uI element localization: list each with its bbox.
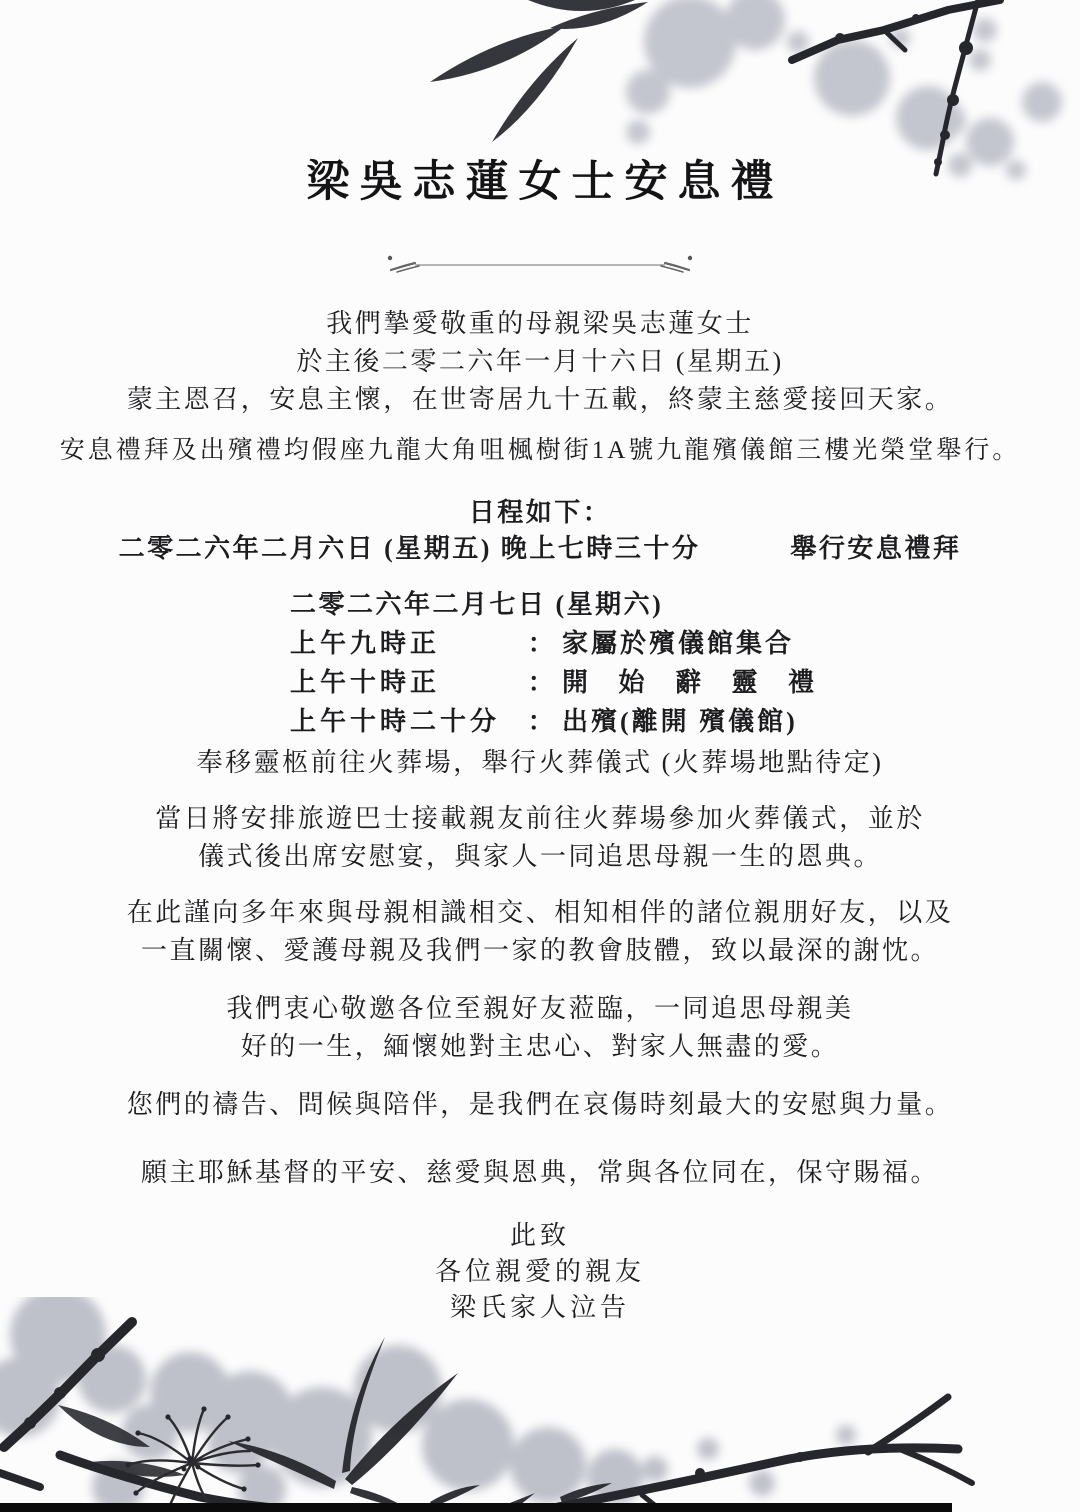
body-paragraph: 我們衷心敬邀各位至親好友蒞臨，一同追思母親美 好的一生，緬懷她對主忠心、對家人無… (0, 990, 1080, 1066)
page-title: 梁吳志蓮女士安息禮 (0, 148, 1080, 209)
schedule-colon: ： (522, 663, 562, 702)
dark-leaf-mass (58, 1405, 185, 1477)
paragraph-line: 奉移靈柩前往火葬場，舉行火葬儀式 (火葬場地點待定) (0, 744, 1080, 782)
schedule-colon: ： (522, 624, 562, 663)
body-paragraph: 願主耶穌基督的平安、慈愛與恩典，常與各位同在，保守賜福。 (0, 1154, 1080, 1192)
day1-date: 二零二六年二月六日 (星期五) 晚上七時三十分 (119, 534, 701, 563)
bottom-ink-painting (0, 1297, 980, 1512)
schedule-desc: 出殯(離開 殯儀館) (562, 707, 798, 736)
body-paragraph: 在此謹向多年來與母親相識相交、相知相伴的諸位親朋好友，以及 一直關懷、愛護母親及… (0, 894, 1080, 970)
schedule-row: 上午十時二十分：出殯(離開 殯儀館) (290, 702, 817, 741)
stamen-tips (125, 1406, 260, 1495)
bamboo-leaves (228, 1337, 612, 1509)
paragraph-line: 您們的禱告、問候與陪伴，是我們在哀傷時刻最大的安慰與力量。 (0, 1086, 1080, 1124)
intro-line: 蒙主恩召，安息主懷，在世寄居九十五載，終蒙主慈愛接回天家。 (0, 381, 1080, 419)
schedule-colon: ： (522, 702, 562, 741)
paragraph-line: 當日將安排旅遊巴士接載親友前往火葬場參加火葬儀式，並於 (0, 800, 1080, 838)
schedule-day2: 二零二六年二月七日 (星期六) 上午九時正：家屬於殯儀館集合 上午十時正：開 始… (290, 585, 817, 741)
paragraph-line: 好的一生，緬懷她對主忠心、對家人無盡的愛。 (0, 1028, 1080, 1066)
intro-paragraph: 我們摯愛敬重的母親梁吳志蓮女士 於主後二零二六年一月十六日 (星期五) 蒙主恩召… (0, 305, 1080, 419)
branch-knots (835, 14, 973, 166)
body-paragraph: 您們的禱告、問候與陪伴，是我們在哀傷時刻最大的安慰與力量。 (0, 1086, 1080, 1124)
intro-line: 我們摯愛敬重的母親梁吳志蓮女士 (0, 305, 1080, 343)
closing-line: 各位親愛的親友 (0, 1254, 1080, 1290)
chrysanthemum-stamens (128, 1409, 258, 1505)
day1-event: 舉行安息禮拜 (790, 534, 961, 563)
schedule-day1: 二零二六年二月六日 (星期五) 晚上七時三十分舉行安息禮拜 (0, 530, 1080, 568)
ornamental-divider (385, 254, 695, 274)
schedule-row: 上午九時正：家屬於殯儀館集合 (290, 624, 817, 663)
schedule-desc: 家屬於殯儀館集合 (562, 629, 794, 658)
schedule-time: 上午十時二十分 (290, 702, 522, 741)
plum-branch (0, 1322, 972, 1512)
scan-edge-strip (0, 1503, 952, 1512)
schedule-heading: 日程如下： (0, 494, 1080, 532)
closing-line: 梁氏家人泣告 (0, 1290, 1080, 1326)
bamboo-leaves (430, 0, 648, 142)
day2-date: 二零二六年二月七日 (星期六) (290, 585, 817, 624)
closing-line: 此致 (0, 1218, 1080, 1254)
paragraph-line: 在此謹向多年來與母親相識相交、相知相伴的諸位親朋好友，以及 (0, 894, 1080, 932)
schedule-time: 上午九時正 (290, 624, 522, 663)
paragraph-line: 儀式後出席安慰宴，與家人一同追思母親一生的恩典。 (0, 838, 1080, 876)
venue-line: 安息禮拜及出殯禮均假座九龍大角咀楓樹街1A號九龍殯儀館三樓光榮堂舉行。 (0, 432, 1080, 470)
paragraph-line: 一直關懷、愛護母親及我們一家的教會肢體，致以最深的謝忱。 (0, 932, 1080, 970)
schedule-time: 上午十時正 (290, 663, 522, 702)
paragraph-line: 願主耶穌基督的平安、慈愛與恩典，常與各位同在，保守賜福。 (0, 1154, 1080, 1192)
schedule-row: 上午十時正：開 始 辭 靈 禮 (290, 663, 817, 702)
body-paragraph: 當日將安排旅遊巴士接載親友前往火葬場參加火葬儀式，並於 儀式後出席安慰宴，與家人… (0, 800, 1080, 876)
closing-block: 此致 各位親愛的親友 梁氏家人泣告 (0, 1218, 1080, 1326)
plum-blossom-wash (0, 1297, 856, 1512)
schedule-desc: 開 始 辭 靈 禮 (562, 668, 817, 697)
paragraph-line: 我們衷心敬邀各位至親好友蒞臨，一同追思母親美 (0, 990, 1080, 1028)
body-paragraph: 奉移靈柩前往火葬場，舉行火葬儀式 (火葬場地點待定) (0, 744, 1080, 782)
intro-line: 於主後二零二六年一月十六日 (星期五) (0, 343, 1080, 381)
branch-knots (24, 1348, 805, 1478)
funeral-notice-page: 梁吳志蓮女士安息禮 我們摯愛敬重的母親梁吳志蓮女士 於主後二零二六年一月十六日 … (0, 0, 1080, 1512)
